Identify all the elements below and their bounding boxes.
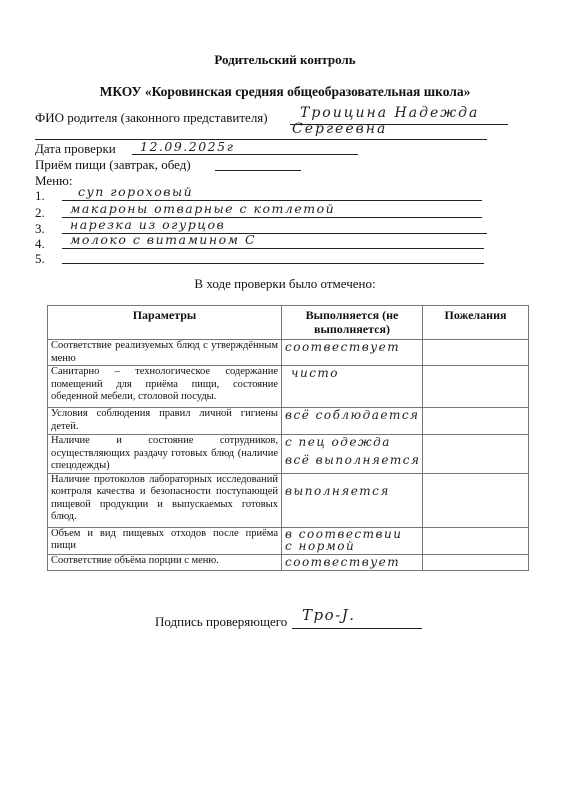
meal-line	[215, 170, 301, 171]
status-cell[interactable]: соотвествует	[282, 554, 423, 570]
status-cell[interactable]: выполняется	[282, 473, 423, 527]
column-header-wishes: Пожелания	[423, 306, 529, 340]
parameter-cell: Объем и вид пищевых отходов после приёма…	[48, 527, 282, 554]
status-cell[interactable]: чисто	[282, 366, 423, 408]
parameter-cell: Соответствие объёма порции с меню.	[48, 554, 282, 570]
menu-number: 3.	[35, 221, 45, 237]
date-value[interactable]: 12.09.2025г	[140, 139, 234, 154]
document-title: Родительский контроль	[0, 52, 570, 68]
status-value: всё соблюдается	[285, 408, 419, 422]
column-header-status: Выполняется (не выполняется)	[282, 306, 423, 340]
wish-cell[interactable]	[423, 435, 529, 474]
menu-item-4[interactable]: молоко с витамином С	[70, 232, 256, 247]
wish-cell[interactable]	[423, 554, 529, 570]
parent-value-line2[interactable]: Сергеевна	[292, 121, 387, 137]
menu-line	[62, 263, 484, 264]
status-value: соотвествует	[285, 340, 419, 354]
wish-cell[interactable]	[423, 527, 529, 554]
status-value: в соотвествии	[285, 528, 419, 540]
menu-number: 4.	[35, 236, 45, 252]
parameter-cell: Наличие протоколов лабораторных исследов…	[48, 473, 282, 527]
signature-value[interactable]: Тро-Ј.	[302, 606, 356, 624]
status-value: всё выполняется	[285, 453, 419, 467]
table-row: Объем и вид пищевых отходов после приёма…	[48, 527, 529, 554]
menu-item-2[interactable]: макароны отварные с котлетой	[70, 201, 335, 216]
date-line	[132, 154, 358, 155]
menu-line	[62, 248, 484, 249]
wish-cell[interactable]	[423, 408, 529, 435]
menu-item-1[interactable]: суп гороховый	[78, 184, 193, 199]
menu-item-3[interactable]: нарезка из огурцов	[70, 217, 225, 232]
column-header-parameters: Параметры	[48, 306, 282, 340]
parent-label: ФИО родителя (законного представителя)	[35, 110, 268, 126]
menu-number: 5.	[35, 251, 45, 267]
signature-line	[292, 628, 422, 629]
school-name: МКОУ «Коровинская средняя общеобразовате…	[0, 84, 570, 100]
meal-label: Приём пищи (завтрак, обед)	[35, 157, 191, 173]
status-value: с нормой	[285, 540, 419, 552]
status-value: с пец одежда	[285, 435, 419, 449]
section-title: В ходе проверки было отмечено:	[0, 276, 570, 292]
parameter-cell: Соответствие реализуемых блюд с утверждё…	[48, 340, 282, 366]
table-row: Наличие протоколов лабораторных исследов…	[48, 473, 529, 527]
status-cell[interactable]: с пец одежда всё выполняется	[282, 435, 423, 474]
inspection-table: Параметры Выполняется (не выполняется) П…	[47, 305, 529, 571]
status-cell[interactable]: в соотвествии с нормой	[282, 527, 423, 554]
wish-cell[interactable]	[423, 366, 529, 408]
parent-value-line1[interactable]: Троицина Надежда	[300, 105, 479, 121]
parent-line-2	[35, 139, 487, 140]
table-row: Соответствие объёма порции с меню. соотв…	[48, 554, 529, 570]
status-cell[interactable]: соотвествует	[282, 340, 423, 366]
status-value: соотвествует	[285, 555, 419, 569]
status-value: выполняется	[285, 484, 419, 498]
table-row: Соответствие реализуемых блюд с утверждё…	[48, 340, 529, 366]
status-cell[interactable]: всё соблюдается	[282, 408, 423, 435]
table-row: Санитарно – технологическое содержание п…	[48, 366, 529, 408]
status-value: чисто	[285, 366, 419, 380]
parameter-cell: Санитарно – технологическое содержание п…	[48, 366, 282, 408]
table-row: Наличие и состояние сотрудников, осущест…	[48, 435, 529, 474]
signature-label: Подпись проверяющего	[155, 614, 287, 630]
table-row: Условия соблюдения правил личной гигиены…	[48, 408, 529, 435]
wish-cell[interactable]	[423, 340, 529, 366]
parameter-cell: Условия соблюдения правил личной гигиены…	[48, 408, 282, 435]
wish-cell[interactable]	[423, 473, 529, 527]
date-label: Дата проверки	[35, 141, 116, 157]
menu-number: 2.	[35, 205, 45, 221]
parameter-cell: Наличие и состояние сотрудников, осущест…	[48, 435, 282, 474]
table-header-row: Параметры Выполняется (не выполняется) П…	[48, 306, 529, 340]
menu-number: 1.	[35, 188, 45, 204]
menu-label: Меню:	[35, 173, 72, 189]
